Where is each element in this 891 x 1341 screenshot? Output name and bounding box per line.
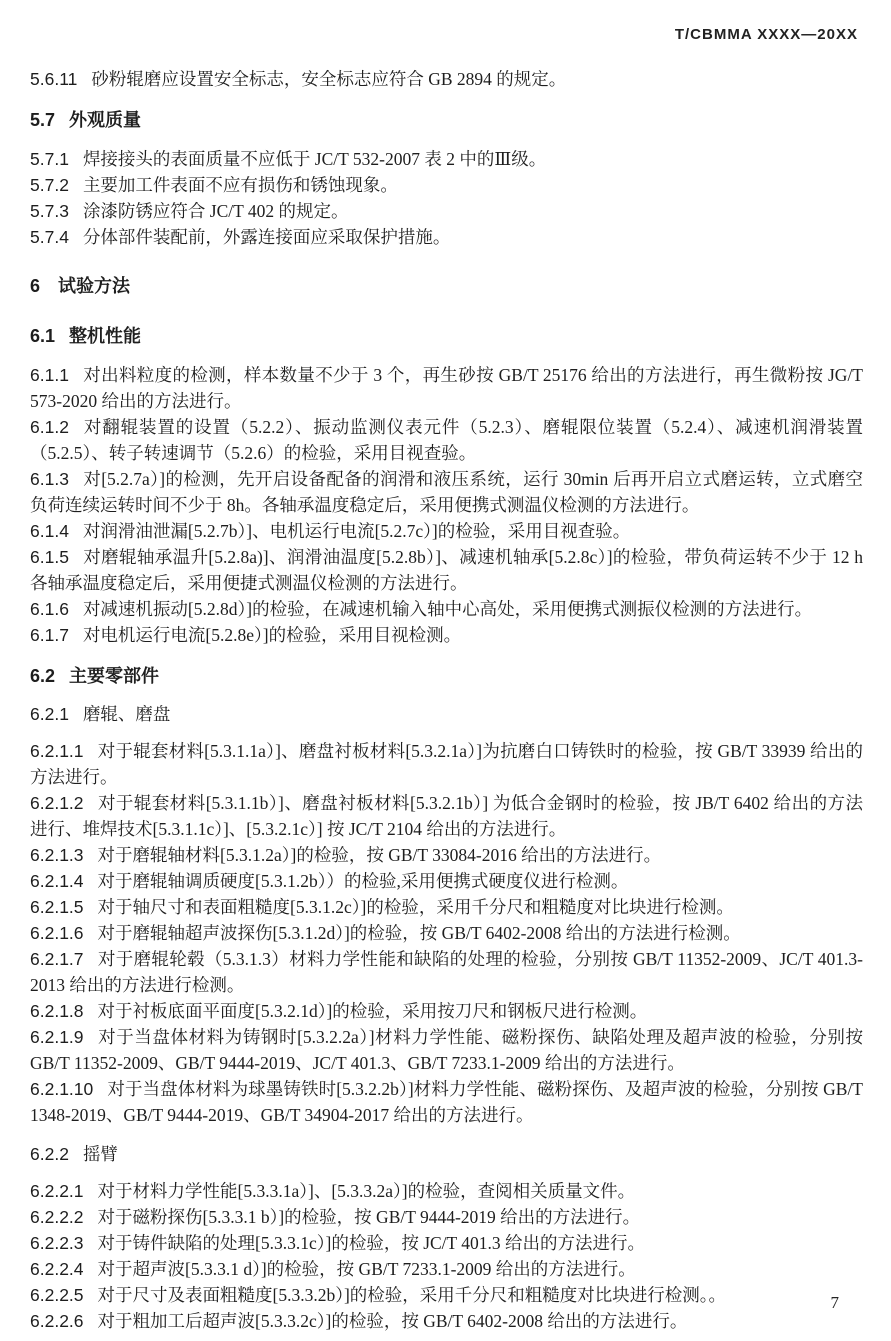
clause-text: 涂漆防锈应符合 JC/T 402 的规定。 <box>83 201 349 221</box>
clause-6.2.2.2: 6.2.2.2对于磁粉探伤[5.3.3.1 b）]的检验，按 GB/T 9444… <box>30 1204 863 1230</box>
clause-number: 6.1.6 <box>30 596 69 622</box>
clause-text: 对出料粒度的检测，样本数量不少于 3 个，再生砂按 GB/T 25176 给出的… <box>30 365 863 411</box>
clause-number: 6.2.2.2 <box>30 1204 84 1230</box>
clause-6.1.7: 6.1.7对电机运行电流[5.2.8e）]的检验，采用目视检测。 <box>30 622 863 648</box>
clause-number: 6.2.2.1 <box>30 1178 84 1204</box>
clause-text: 对于当盘体材料为球墨铸铁时[5.3.2.2b）]材料力学性能、磁粉探伤、及超声波… <box>30 1079 863 1125</box>
clause-number: 6.1 <box>30 324 55 348</box>
clause-text: 砂粉辊磨应设置安全标志，安全标志应符合 GB 2894 的规定。 <box>91 69 566 89</box>
clause-number: 6.1.2 <box>30 414 69 440</box>
clause-5.7.4: 5.7.4分体部件装配前，外露连接面应采取保护措施。 <box>30 224 863 250</box>
clause-text: 对磨辊轴承温升[5.2.8a)]、润滑油温度[5.2.8b）]、减速机轴承[5.… <box>30 547 863 593</box>
clause-number: 6.2.2 <box>30 1142 69 1166</box>
clause-text: 整机性能 <box>69 326 141 346</box>
clause-text: 对于辊套材料[5.3.1.1b）]、磨盘衬板材料[5.3.2.1b）] 为低合金… <box>30 793 863 839</box>
clause-text: 主要零部件 <box>69 666 159 686</box>
clause-number: 5.6.11 <box>30 66 77 92</box>
clause-6.1.4: 6.1.4对润滑油泄漏[5.2.7b）]、电机运行电流[5.2.7c）]的检验，… <box>30 518 863 544</box>
clause-6.1.2: 6.1.2对翻辊装置的设置（5.2.2）、振动监测仪表元件（5.2.3）、磨辊限… <box>30 414 863 466</box>
clause-6.1.1: 6.1.1对出料粒度的检测，样本数量不少于 3 个，再生砂按 GB/T 2517… <box>30 362 863 414</box>
clause-text: 对电机运行电流[5.2.8e）]的检验，采用目视检测。 <box>83 625 461 645</box>
clause-6.2.1.2: 6.2.1.2对于辊套材料[5.3.1.1b）]、磨盘衬板材料[5.3.2.1b… <box>30 790 863 842</box>
clause-6.2.2.5: 6.2.2.5对于尺寸及表面粗糙度[5.3.3.2b）]的检验，采用千分尺和粗糙… <box>30 1282 863 1308</box>
clause-6.2.1.7: 6.2.1.7对于磨辊轮毂（5.3.1.3）材料力学性能和缺陷的处理的检验，分别… <box>30 946 863 998</box>
clause-text: 对于磨辊轴材料[5.3.1.2a）]的检验，按 GB/T 33084-2016 … <box>98 845 662 865</box>
heading-5.7: 5.7外观质量 <box>30 108 863 132</box>
clause-number: 6.1.5 <box>30 544 69 570</box>
clause-number: 6.1.7 <box>30 622 69 648</box>
clause-6.2.1.6: 6.2.1.6对于磨辊轴超声波探伤[5.3.1.2d）]的检验，按 GB/T 6… <box>30 920 863 946</box>
clause-6.2.1.5: 6.2.1.5对于轴尺寸和表面粗糙度[5.3.1.2c）]的检验，采用千分尺和粗… <box>30 894 863 920</box>
heading-6.2.1: 6.2.1磨辊、磨盘 <box>30 702 863 726</box>
clause-text: 对[5.2.7a）]的检测，先开启设备配备的润滑和液压系统，运行 30min 后… <box>30 469 863 515</box>
clause-6.2.1.1: 6.2.1.1对于辊套材料[5.3.1.1a）]、磨盘衬板材料[5.3.2.1a… <box>30 738 863 790</box>
clause-6.2.1.4: 6.2.1.4对于磨辊轴调质硬度[5.3.1.2b））的检验,采用便携式硬度仪进… <box>30 868 863 894</box>
clause-6.2.2.4: 6.2.2.4对于超声波[5.3.3.1 d）]的检验，按 GB/T 7233.… <box>30 1256 863 1282</box>
clause-6.1.6: 6.1.6对减速机振动[5.2.8d）]的检验，在减速机输入轴中心高处，采用便携… <box>30 596 863 622</box>
clause-5.6.11: 5.6.11砂粉辊磨应设置安全标志，安全标志应符合 GB 2894 的规定。 <box>30 66 863 92</box>
clause-number: 5.7.1 <box>30 146 69 172</box>
clause-number: 5.7.3 <box>30 198 69 224</box>
clause-number: 6.1.1 <box>30 362 69 388</box>
clause-text: 对于磁粉探伤[5.3.3.1 b）]的检验，按 GB/T 9444-2019 给… <box>98 1207 641 1227</box>
clause-text: 试验方法 <box>58 276 130 296</box>
clause-5.7.2: 5.7.2主要加工件表面不应有损伤和锈蚀现象。 <box>30 172 863 198</box>
clause-5.7.3: 5.7.3涂漆防锈应符合 JC/T 402 的规定。 <box>30 198 863 224</box>
page-number: 7 <box>831 1293 840 1313</box>
clause-number: 6 <box>30 274 40 298</box>
clause-text: 磨辊、磨盘 <box>83 704 171 724</box>
clause-6.2.2.3: 6.2.2.3对于铸件缺陷的处理[5.3.3.1c）]的检验，按 JC/T 40… <box>30 1230 863 1256</box>
clause-number: 6.2.1.1 <box>30 738 84 764</box>
clause-number: 6.2 <box>30 664 55 688</box>
clause-text: 对于轴尺寸和表面粗糙度[5.3.1.2c）]的检验，采用千分尺和粗糙度对比块进行… <box>98 897 734 917</box>
document-header-code: T/CBMMA XXXX—20XX <box>675 26 858 43</box>
clause-number: 5.7.2 <box>30 172 69 198</box>
clause-number: 6.2.2.6 <box>30 1308 84 1334</box>
clause-number: 6.2.1.10 <box>30 1076 93 1102</box>
heading-6.1: 6.1整机性能 <box>30 324 863 348</box>
clause-text: 对于粗加工后超声波[5.3.3.2c）]的检验，按 GB/T 6402-2008… <box>98 1311 688 1331</box>
heading-6: 6试验方法 <box>30 274 863 298</box>
clause-number: 6.2.1.9 <box>30 1024 84 1050</box>
clause-number: 6.2.1.5 <box>30 894 84 920</box>
clause-text: 对于当盘体材料为铸钢时[5.3.2.2a）]材料力学性能、磁粉探伤、缺陷处理及超… <box>30 1027 863 1073</box>
clause-number: 6.2.1 <box>30 702 69 726</box>
clause-number: 6.2.1.6 <box>30 920 84 946</box>
clause-6.2.1.3: 6.2.1.3对于磨辊轴材料[5.3.1.2a）]的检验，按 GB/T 3308… <box>30 842 863 868</box>
clause-text: 对于超声波[5.3.3.1 d）]的检验，按 GB/T 7233.1-2009 … <box>98 1259 636 1279</box>
clause-6.1.5: 6.1.5对磨辊轴承温升[5.2.8a)]、润滑油温度[5.2.8b）]、减速机… <box>30 544 863 596</box>
clause-6.2.1.8: 6.2.1.8对于衬板底面平面度[5.3.2.1d）]的检验，采用按刀尺和钢板尺… <box>30 998 863 1024</box>
clause-number: 6.2.1.2 <box>30 790 84 816</box>
clause-text: 主要加工件表面不应有损伤和锈蚀现象。 <box>83 175 398 195</box>
document-page: T/CBMMA XXXX—20XX 5.6.11砂粉辊磨应设置安全标志，安全标志… <box>0 0 891 1341</box>
clause-number: 5.7.4 <box>30 224 69 250</box>
clause-6.2.2.1: 6.2.2.1对于材料力学性能[5.3.3.1a）]、[5.3.3.2a）]的检… <box>30 1178 863 1204</box>
clause-text: 对于磨辊轴调质硬度[5.3.1.2b））的检验,采用便携式硬度仪进行检测。 <box>98 871 629 891</box>
clause-text: 对于磨辊轴超声波探伤[5.3.1.2d）]的检验，按 GB/T 6402-200… <box>98 923 741 943</box>
clause-text: 摇臂 <box>83 1144 118 1164</box>
clause-text: 对于辊套材料[5.3.1.1a）]、磨盘衬板材料[5.3.2.1a）]为抗磨白口… <box>30 741 863 787</box>
clause-text: 对于铸件缺陷的处理[5.3.3.1c）]的检验，按 JC/T 401.3 给出的… <box>98 1233 646 1253</box>
clause-number: 6.2.1.4 <box>30 868 84 894</box>
clause-number: 5.7 <box>30 108 55 132</box>
clause-number: 6.1.3 <box>30 466 69 492</box>
clause-number: 6.2.2.5 <box>30 1282 84 1308</box>
clause-number: 6.2.2.3 <box>30 1230 84 1256</box>
document-body: 5.6.11砂粉辊磨应设置安全标志，安全标志应符合 GB 2894 的规定。5.… <box>30 66 863 1334</box>
heading-6.2.2: 6.2.2摇臂 <box>30 1142 863 1166</box>
clause-text: 外观质量 <box>69 110 141 130</box>
clause-6.1.3: 6.1.3对[5.2.7a）]的检测，先开启设备配备的润滑和液压系统，运行 30… <box>30 466 863 518</box>
clause-6.2.1.10: 6.2.1.10对于当盘体材料为球墨铸铁时[5.3.2.2b）]材料力学性能、磁… <box>30 1076 863 1128</box>
clause-number: 6.1.4 <box>30 518 69 544</box>
clause-text: 对于材料力学性能[5.3.3.1a）]、[5.3.3.2a）]的检验，查阅相关质… <box>98 1181 636 1201</box>
clause-text: 对于衬板底面平面度[5.3.2.1d）]的检验，采用按刀尺和钢板尺进行检测。 <box>98 1001 648 1021</box>
clause-number: 6.2.1.3 <box>30 842 84 868</box>
clause-text: 对于磨辊轮毂（5.3.1.3）材料力学性能和缺陷的处理的检验，分别按 GB/T … <box>30 949 863 995</box>
clause-text: 对润滑油泄漏[5.2.7b）]、电机运行电流[5.2.7c）]的检验，采用目视查… <box>83 521 630 541</box>
clause-number: 6.2.1.7 <box>30 946 84 972</box>
clause-text: 对翻辊装置的设置（5.2.2）、振动监测仪表元件（5.2.3）、磨辊限位装置（5… <box>30 417 863 463</box>
clause-number: 6.2.1.8 <box>30 998 84 1024</box>
clause-6.2.2.6: 6.2.2.6对于粗加工后超声波[5.3.3.2c）]的检验，按 GB/T 64… <box>30 1308 863 1334</box>
clause-5.7.1: 5.7.1焊接接头的表面质量不应低于 JC/T 532-2007 表 2 中的Ⅲ… <box>30 146 863 172</box>
clause-number: 6.2.2.4 <box>30 1256 84 1282</box>
clause-text: 分体部件装配前，外露连接面应采取保护措施。 <box>83 227 451 247</box>
clause-text: 对于尺寸及表面粗糙度[5.3.3.2b）]的检验，采用千分尺和粗糙度对比块进行检… <box>98 1285 727 1305</box>
clause-text: 对减速机振动[5.2.8d）]的检验，在减速机输入轴中心高处，采用便携式测振仪检… <box>83 599 812 619</box>
clause-text: 焊接接头的表面质量不应低于 JC/T 532-2007 表 2 中的Ⅲ级。 <box>83 149 546 169</box>
heading-6.2: 6.2主要零部件 <box>30 664 863 688</box>
clause-6.2.1.9: 6.2.1.9对于当盘体材料为铸钢时[5.3.2.2a）]材料力学性能、磁粉探伤… <box>30 1024 863 1076</box>
